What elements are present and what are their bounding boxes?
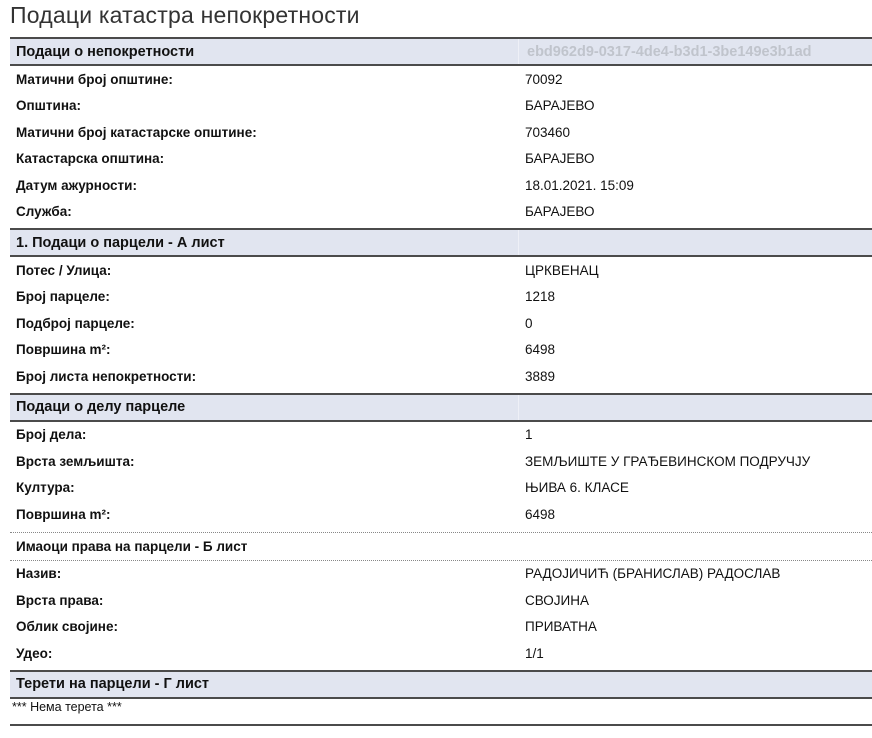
row-value: 18.01.2021. 15:09: [517, 178, 634, 193]
section-title: 1. Подаци о парцели - А лист: [10, 235, 510, 251]
row-value: ЗЕМЉИШТЕ У ГРАЂЕВИНСКОМ ПОДРУЧЈУ: [517, 454, 810, 469]
table-row: Број листа непокретности:3889: [10, 363, 872, 390]
section-header-right: [518, 395, 872, 420]
row-label: Број парцеле:: [10, 289, 517, 304]
section-header-owners: Имаоци права на парцели - Б лист: [10, 532, 872, 561]
table-row: Врста права:СВОЈИНА: [10, 587, 872, 614]
row-label: Назив:: [10, 566, 517, 581]
section-header-parcel: 1. Подаци о парцели - А лист: [10, 228, 872, 257]
row-label: Датум ажурности:: [10, 178, 517, 193]
section-title: Терети на парцели - Г лист: [10, 676, 510, 692]
table-row: Култура:ЊИВА 6. КЛАСЕ: [10, 475, 872, 502]
row-label: Површина m²:: [10, 507, 517, 522]
row-label: Врста земљишта:: [10, 454, 517, 469]
row-value: 1/1: [517, 646, 544, 661]
row-value: ЦРКВЕНАЦ: [517, 263, 599, 278]
section-title: Подаци о делу парцеле: [10, 399, 510, 415]
row-value: РАДОЈИЧИЋ (БРАНИСЛАВ) РАДОСЛАВ: [517, 566, 780, 581]
table-row: Потес / Улица:ЦРКВЕНАЦ: [10, 257, 872, 284]
table-row: Површина m²:6498: [10, 501, 872, 528]
table-row: Назив:РАДОЈИЧИЋ (БРАНИСЛАВ) РАДОСЛАВ: [10, 561, 872, 588]
property-id: ebd962d9-0317-4de4-b3d1-3be149e3b1ad: [518, 39, 872, 64]
row-value: БАРАЈЕВО: [517, 151, 594, 166]
table-row: Број парцеле:1218: [10, 284, 872, 311]
row-value: 6498: [517, 507, 555, 522]
section-title: Подаци о непокретности: [10, 44, 510, 60]
table-row: Површина m²:6498: [10, 337, 872, 364]
table-row: Врста земљишта:ЗЕМЉИШТЕ У ГРАЂЕВИНСКОМ П…: [10, 448, 872, 475]
page-title: Подаци катастра непокретности: [10, 2, 360, 29]
table-row: Облик својине:ПРИВАТНА: [10, 614, 872, 641]
row-value: 703460: [517, 125, 570, 140]
row-value: ЊИВА 6. КЛАСЕ: [517, 480, 629, 495]
row-label: Потес / Улица:: [10, 263, 517, 278]
row-value: БАРАЈЕВО: [517, 204, 594, 219]
section-header-property: Подаци о непокретности ebd962d9-0317-4de…: [10, 37, 872, 66]
row-value: СВОЈИНА: [517, 593, 589, 608]
row-label: Подброј парцеле:: [10, 316, 517, 331]
row-label: Облик својине:: [10, 619, 517, 634]
no-burden-text: *** Нема терета ***: [10, 699, 872, 726]
table-row: Број дела:1: [10, 422, 872, 449]
row-label: Удео:: [10, 646, 517, 661]
cadastre-table: Подаци о непокретности ebd962d9-0317-4de…: [10, 37, 872, 726]
row-value: 70092: [517, 72, 563, 87]
row-label: Матични број катастарске општине:: [10, 125, 517, 140]
row-value: 0: [517, 316, 533, 331]
table-row: Служба:БАРАЈЕВО: [10, 199, 872, 226]
row-label: Служба:: [10, 204, 517, 219]
table-row: Подброј парцеле:0: [10, 310, 872, 337]
row-value: ПРИВАТНА: [517, 619, 597, 634]
row-value: 3889: [517, 369, 555, 384]
section-header-burdens: Терети на парцели - Г лист: [10, 670, 872, 699]
table-row: Матични број катастарске општине:703460: [10, 119, 872, 146]
table-row: Матични број општине:70092: [10, 66, 872, 93]
row-value: 1218: [517, 289, 555, 304]
row-value: 6498: [517, 342, 555, 357]
row-label: Матични број општине:: [10, 72, 517, 87]
row-label: Општина:: [10, 98, 517, 113]
row-value: 1: [517, 427, 533, 442]
section-header-right: [518, 230, 872, 255]
row-label: Број дела:: [10, 427, 517, 442]
table-row: Датум ажурности:18.01.2021. 15:09: [10, 172, 872, 199]
row-label: Врста права:: [10, 593, 517, 608]
table-row: Општина:БАРАЈЕВО: [10, 93, 872, 120]
row-label: Број листа непокретности:: [10, 369, 517, 384]
section-header-parcel-part: Подаци о делу парцеле: [10, 393, 872, 422]
table-row: Катастарска општина:БАРАЈЕВО: [10, 146, 872, 173]
row-label: Површина m²:: [10, 342, 517, 357]
row-value: БАРАЈЕВО: [517, 98, 594, 113]
row-label: Култура:: [10, 480, 517, 495]
table-row: Удео:1/1: [10, 640, 872, 667]
row-label: Катастарска општина:: [10, 151, 517, 166]
